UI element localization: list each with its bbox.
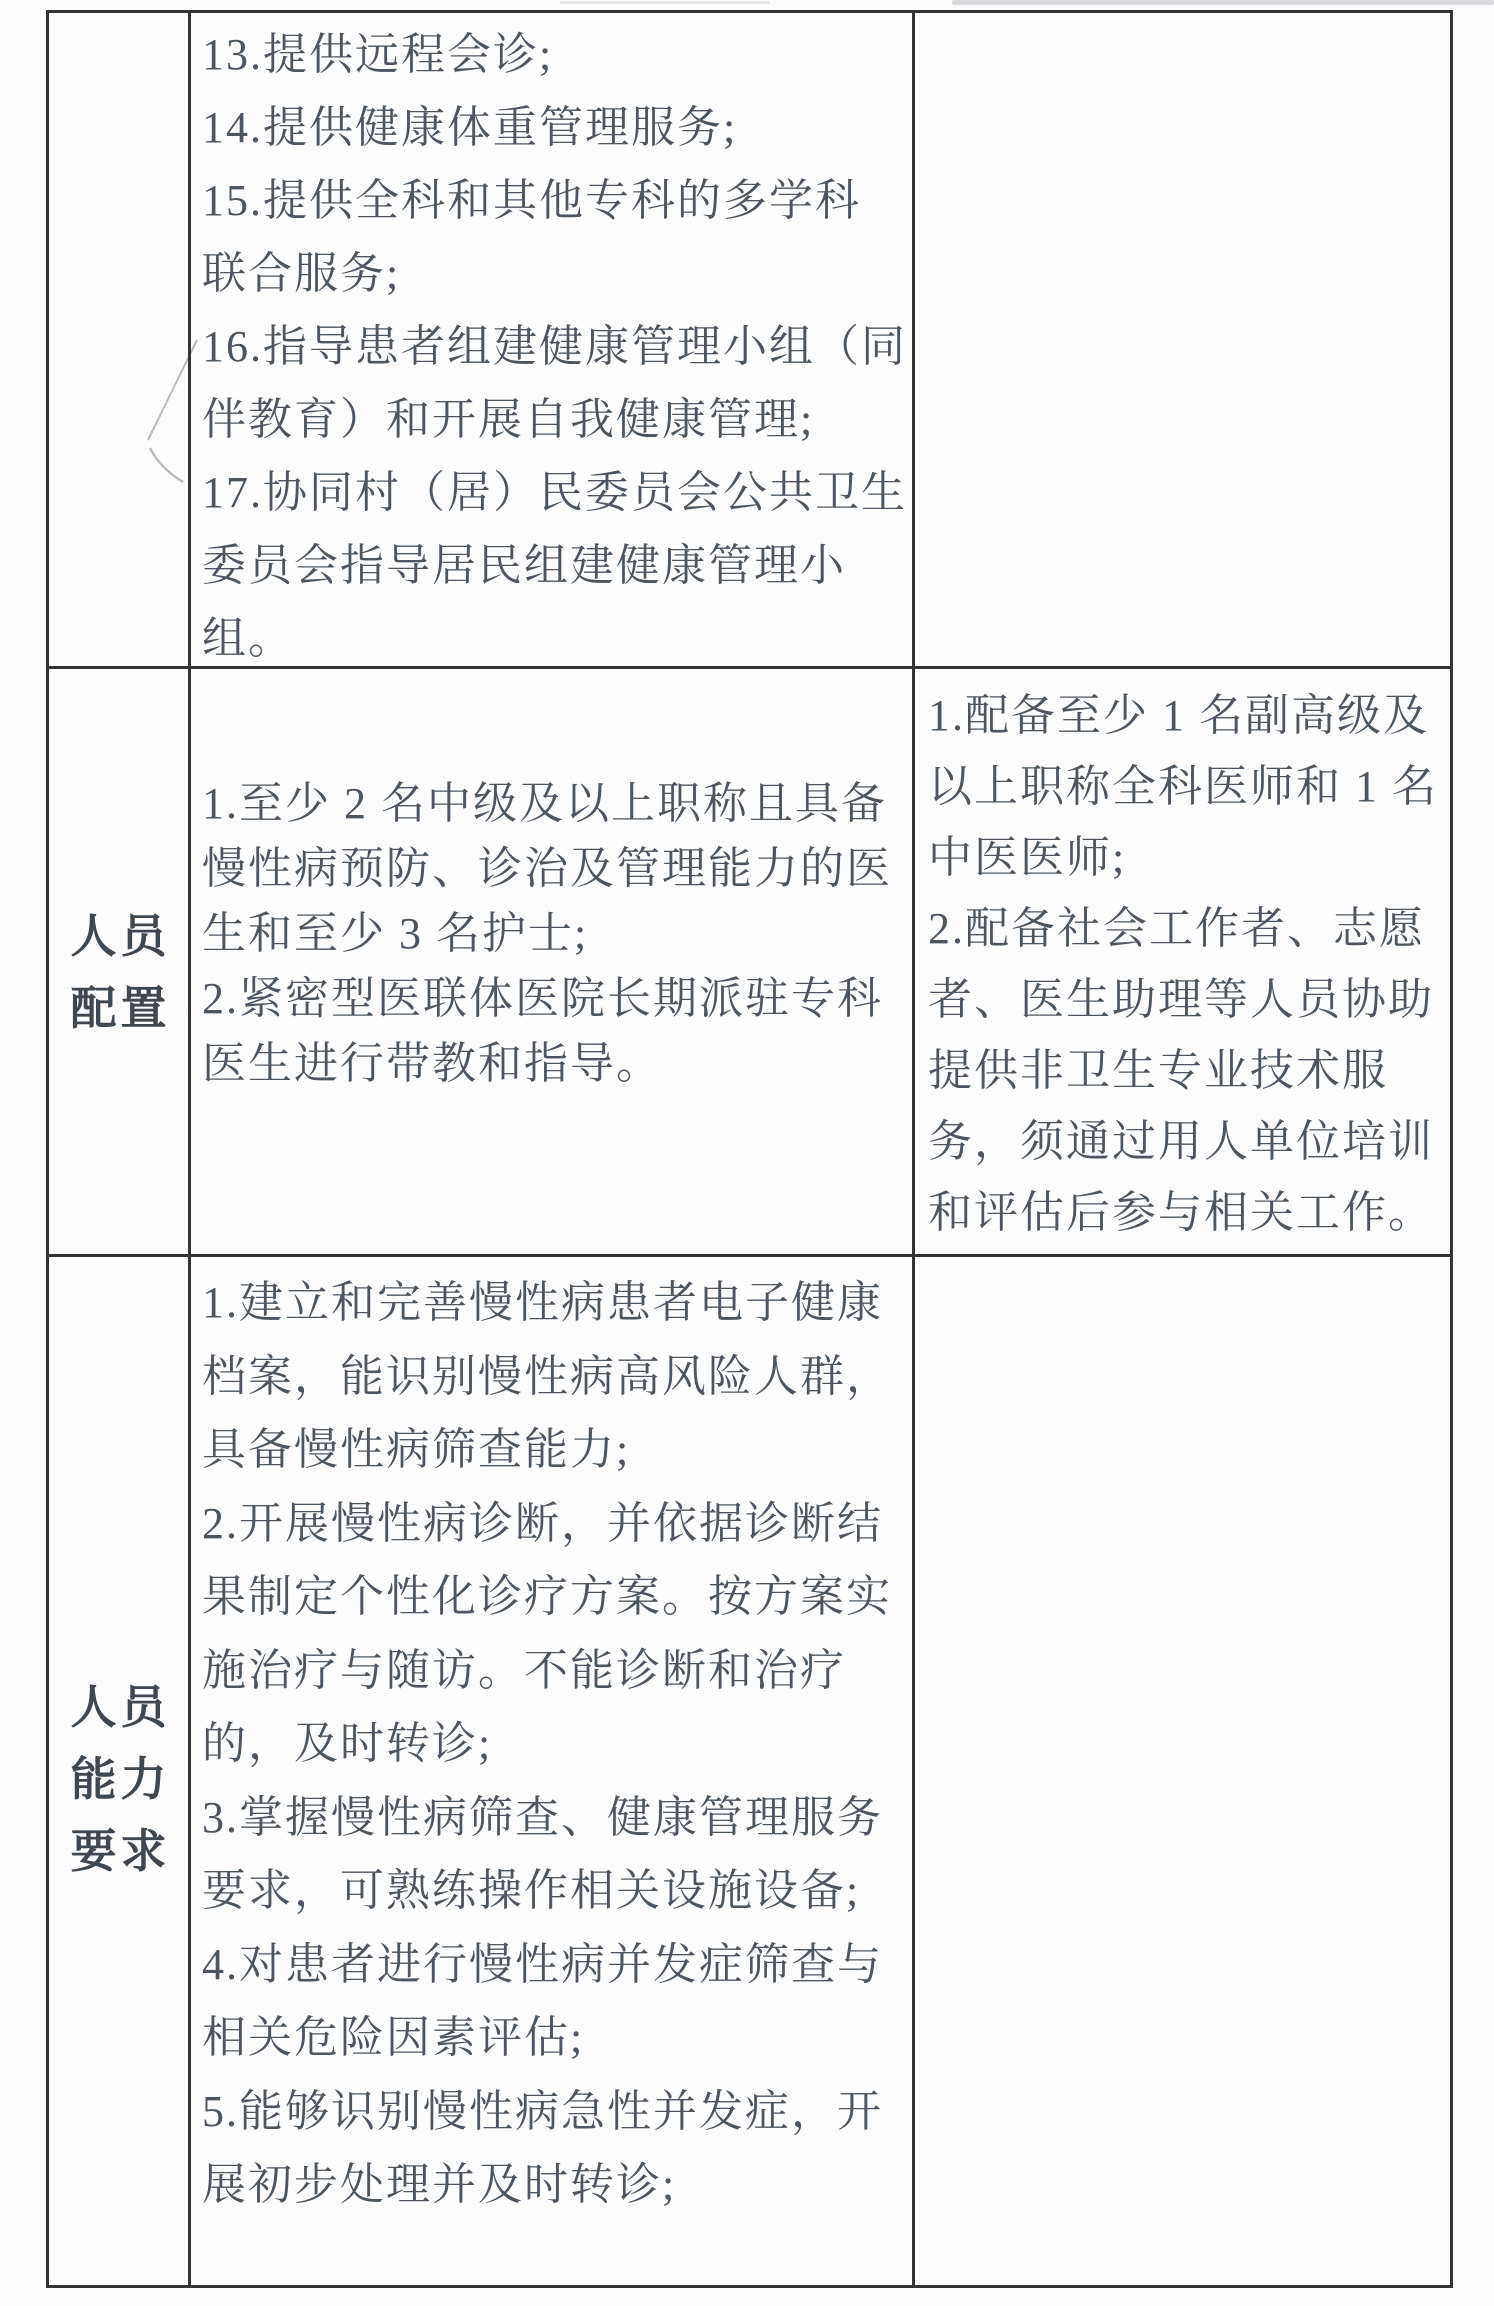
text-line: 施治疗与随访。不能诊断和治疗	[202, 1634, 908, 1708]
text-line: 人员	[67, 1671, 171, 1743]
text-line: 组。	[202, 602, 908, 675]
text-line: 13.提供远程会诊;	[202, 18, 908, 91]
text-line: 1.建立和完善慢性病患者电子健康	[202, 1266, 908, 1340]
row-divider-2	[49, 1254, 1450, 1257]
text-line: 联合服务;	[202, 237, 908, 310]
text-line: 能力	[67, 1743, 171, 1815]
text-line: 2.配备社会工作者、志愿	[928, 893, 1450, 964]
column-divider-right	[912, 13, 915, 2285]
text-line: 伴教育）和开展自我健康管理;	[202, 383, 908, 456]
cell-personnel-configuration-base: 1.至少 2 名中级及以上职称且具备慢性病预防、诊治及管理能力的医生和至少 3 …	[202, 771, 908, 1096]
text-line: 15.提供全科和其他专科的多学科	[202, 164, 908, 237]
text-line: 展初步处理并及时转诊;	[202, 2148, 908, 2222]
text-line: 果制定个性化诊疗方案。按方案实	[202, 1560, 908, 1634]
requirements-table: 13.提供远程会诊;14.提供健康体重管理服务;15.提供全科和其他专科的多学科…	[46, 10, 1453, 2288]
column-divider-labels	[188, 13, 191, 2285]
text-line: 生和至少 3 名护士;	[202, 901, 908, 966]
text-line: 2.紧密型医联体医院长期派驻专科	[202, 966, 908, 1031]
text-line: 医生进行带教和指导。	[202, 1031, 908, 1096]
text-line: 14.提供健康体重管理服务;	[202, 91, 908, 164]
text-line: 4.对患者进行慢性病并发症筛查与	[202, 1928, 908, 2002]
cell-label-personnel-configuration: 人员配置	[49, 669, 188, 1254]
text-line: 1.至少 2 名中级及以上职称且具备	[202, 771, 908, 836]
text-line: 具备慢性病筛查能力;	[202, 1413, 908, 1487]
text-line: 3.掌握慢性病筛查、健康管理服务	[202, 1781, 908, 1855]
text-line: 提供非卫生专业技术服	[928, 1035, 1450, 1106]
text-line: 档案，能识别慢性病高风险人群，	[202, 1340, 908, 1414]
cell-services-items-13-17: 13.提供远程会诊;14.提供健康体重管理服务;15.提供全科和其他专科的多学科…	[202, 18, 908, 675]
text-line: 人员	[67, 900, 171, 972]
text-line: 中医医师;	[928, 822, 1450, 893]
text-line: 以上职称全科医师和 1 名	[928, 751, 1450, 822]
text-line: 和评估后参与相关工作。	[928, 1177, 1450, 1248]
text-line: 者、医生助理等人员协助	[928, 964, 1450, 1035]
text-line: 务，须通过用人单位培训	[928, 1106, 1450, 1177]
text-line: 16.指导患者组建健康管理小组（同	[202, 310, 908, 383]
text-line: 委员会指导居民组建健康管理小	[202, 529, 908, 602]
text-line: 配置	[67, 972, 171, 1044]
text-line: 的，及时转诊;	[202, 1707, 908, 1781]
scan-streak-artifact	[952, 0, 1494, 5]
scan-streak-artifact-small	[560, 1, 770, 4]
text-line: 17.协同村（居）民委员会公共卫生	[202, 456, 908, 529]
text-line: 2.开展慢性病诊断，并依据诊断结	[202, 1487, 908, 1561]
text-line: 要求	[67, 1815, 171, 1887]
scanned-document-page: 13.提供远程会诊;14.提供健康体重管理服务;15.提供全科和其他专科的多学科…	[0, 0, 1494, 2306]
cell-label-personnel-capability: 人员能力要求	[49, 1257, 188, 2285]
text-line: 慢性病预防、诊治及管理能力的医	[202, 836, 908, 901]
text-line: 相关危险因素评估;	[202, 2001, 908, 2075]
text-line: 1.配备至少 1 名副高级及	[928, 680, 1450, 751]
text-line: 要求，可熟练操作相关设施设备;	[202, 1854, 908, 1928]
text-line: 5.能够识别慢性病急性并发症，开	[202, 2075, 908, 2149]
cell-personnel-configuration-supplementary: 1.配备至少 1 名副高级及以上职称全科医师和 1 名中医医师;2.配备社会工作…	[928, 680, 1450, 1248]
cell-personnel-capability-requirements: 1.建立和完善慢性病患者电子健康档案，能识别慢性病高风险人群，具备慢性病筛查能力…	[202, 1266, 908, 2222]
